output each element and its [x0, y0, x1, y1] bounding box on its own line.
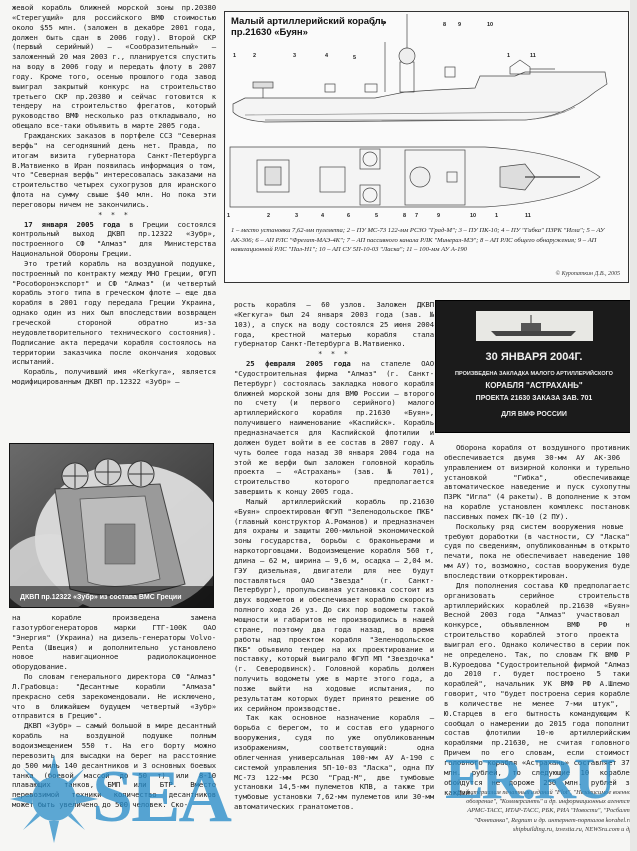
paragraph: Корабль, получивший имя «Kerkyra», являе… — [12, 367, 216, 387]
paragraph: жевой корабль ближней морской зоны пр.20… — [12, 3, 216, 131]
paragraph: По словам генерального директора СФ "Алм… — [12, 672, 216, 721]
plaque-line-3: ПРОЕКТА 21630 ЗАКАЗА ЗАВ. 701 — [436, 395, 632, 402]
plaque-line-2: КОРАБЛЯ "АСТРАХАНЬ" — [436, 381, 632, 390]
svg-text:9: 9 — [437, 213, 440, 219]
svg-text:8: 8 — [403, 213, 406, 219]
drawing-credit: © Куропаткин Д.В., 2005 — [556, 271, 620, 277]
paragraph: рость корабля – 60 узлов. Заложен ДКВП «… — [234, 300, 434, 349]
paragraph: Для пополнения состава КФ предполагается… — [444, 581, 634, 798]
keel-plaque-photo: 30 ЯНВАРЯ 2004Г. ПРОИЗВЕДЕНА ЗАКЛАДКА МА… — [435, 300, 633, 433]
paragraph: на корабле произведена замена газотурбог… — [12, 613, 216, 672]
section-separator: * * * — [12, 210, 216, 220]
svg-text:5: 5 — [375, 213, 378, 219]
paragraph-kaspiysk-lead: 25 февраля 2005 года на стапеле ОАО "Суд… — [234, 359, 434, 497]
paragraph: Гражданских заказов в портфеле ССЗ "Севе… — [12, 131, 216, 210]
sources-note: По материалам печатных изданий "Flot", "… — [448, 788, 634, 834]
paragraph: Оборона корабля от воздушного противника… — [444, 443, 634, 522]
paragraph-greece-lead: 17 января 2005 года в Греции состоялся к… — [12, 220, 216, 259]
drawing-title: Малый артиллерийский корабль пр.21630 «Б… — [231, 16, 387, 38]
svg-text:3: 3 — [295, 213, 298, 219]
paragraph: Малый артиллерийский корабль пр.21630 «Б… — [234, 497, 434, 714]
svg-text:9: 9 — [458, 22, 461, 28]
svg-text:8: 8 — [443, 22, 446, 28]
page-edge — [630, 0, 637, 851]
paragraph: Так как основное назначение корабля – бо… — [234, 713, 434, 811]
svg-text:1: 1 — [507, 53, 510, 59]
hovercraft-photo: ДКВП пр.12322 «Зубр» из состава ВМС Грец… — [9, 443, 214, 608]
svg-text:1: 1 — [495, 213, 498, 219]
column-2: рость корабля – 60 узлов. Заложен ДКВП «… — [234, 300, 434, 812]
plaque-date: 30 ЯНВАРЯ 2004Г. — [436, 351, 632, 363]
column-1-top: жевой корабль ближней морской зоны пр.20… — [12, 3, 216, 387]
magazine-page: жевой корабль ближней морской зоны пр.20… — [0, 0, 637, 851]
ship-silhouette-icon — [476, 311, 593, 341]
svg-text:5: 5 — [353, 55, 356, 61]
ship-drawing-figure: 1 234 567 8910 111 123 — [224, 11, 629, 283]
section-separator: * * * — [234, 349, 434, 359]
svg-text:10: 10 — [470, 213, 476, 219]
svg-text:10: 10 — [487, 22, 493, 28]
svg-text:11: 11 — [525, 213, 531, 219]
svg-text:2: 2 — [253, 53, 256, 59]
svg-text:2: 2 — [267, 213, 270, 219]
svg-text:1: 1 — [233, 53, 236, 59]
plaque-line-4: ДЛЯ ВМФ РОССИИ — [436, 411, 632, 418]
photo-caption: ДКВП пр.12322 «Зубр» из состава ВМС Грец… — [20, 594, 182, 601]
svg-text:11: 11 — [530, 53, 536, 59]
paragraph: Это третий корабль на воздушной подушке,… — [12, 259, 216, 367]
paragraph: Поскольку ряд систем вооружения новые и … — [444, 522, 634, 581]
svg-text:7: 7 — [415, 213, 418, 219]
column-3: Оборона корабля от воздушного противника… — [444, 443, 634, 797]
plaque-ship-image — [476, 311, 593, 341]
date-bold: 17 января 2005 года — [24, 220, 120, 229]
hovercraft-image — [10, 444, 214, 608]
svg-text:6: 6 — [347, 213, 350, 219]
date-bold: 25 февраля 2005 года — [246, 359, 351, 368]
svg-text:1: 1 — [227, 213, 230, 219]
svg-text:4: 4 — [325, 53, 329, 59]
drawing-legend: 1 – место установки 7,62-мм пулемета; 2 … — [231, 226, 626, 255]
svg-text:4: 4 — [321, 213, 325, 219]
svg-text:3: 3 — [293, 53, 296, 59]
plaque-line-1: ПРОИЗВЕДЕНА ЗАКЛАДКА МАЛОГО АРТИЛЛЕРИЙСК… — [436, 371, 632, 377]
sun-watermark-icon — [10, 755, 98, 843]
